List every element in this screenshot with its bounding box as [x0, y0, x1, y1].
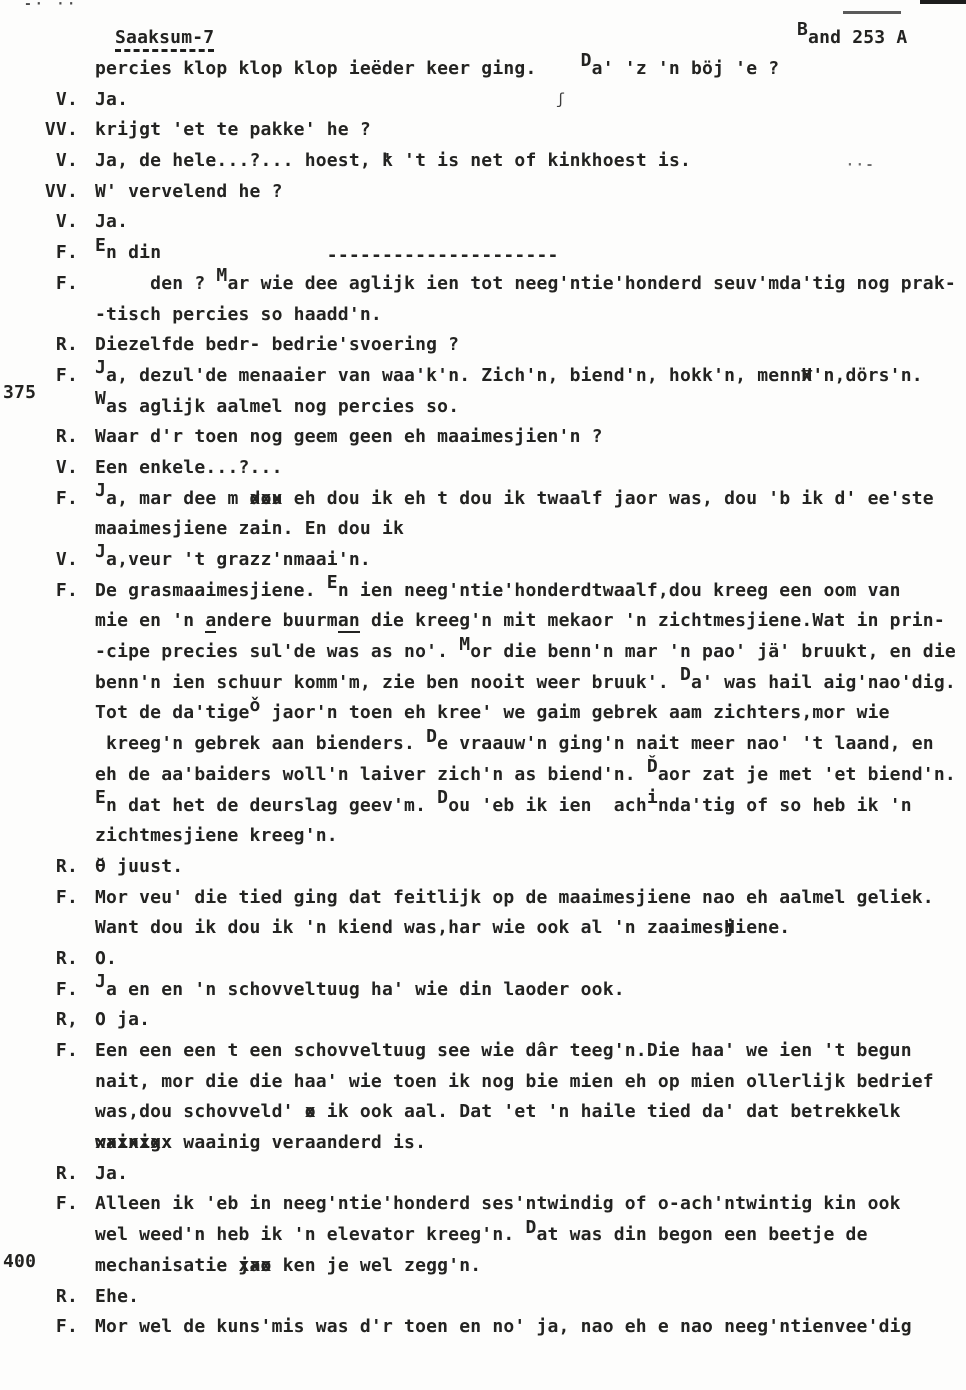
- speaker-label: F.: [30, 580, 78, 601]
- text-segment: ǒ: [250, 695, 261, 716]
- text-segment: E: [327, 572, 338, 593]
- line-text: Ja, mar dee m dou eh dou ik eh t dou ik …: [95, 488, 934, 509]
- transcript-line: -cipe precies sul'de was as no'. Mor die…: [0, 641, 966, 672]
- text-segment: 't is net of kinkhoest is.: [393, 150, 691, 171]
- text-segment: Ja.: [95, 1163, 128, 1184]
- text-segment: n din: [106, 242, 327, 263]
- transcript-line: F.Mor veu' die tied ging dat feitlijk op…: [0, 887, 966, 918]
- text-segment: D: [525, 1217, 536, 1238]
- line-text: Een een een t een schovveltuug see wie d…: [95, 1040, 912, 1061]
- transcript-line: kreeg'n gebrek aan bienders. De vraauw'n…: [0, 733, 966, 764]
- speaker-label: F.: [30, 365, 78, 386]
- text-segment: B: [797, 19, 808, 40]
- margin-number: 400: [3, 1251, 36, 1272]
- transcript-line: R.Diezelfde bedr- bedrie'svoering ?: [0, 334, 966, 365]
- speaker-label: F.: [30, 887, 78, 908]
- text-segment: θ: [95, 856, 106, 877]
- speaker-label: VV.: [30, 119, 78, 140]
- scan-artifact: -· ··: [24, 0, 78, 12]
- line-text: zichtmesjiene kreeg'n.: [95, 825, 338, 846]
- text-segment: Ehe.: [95, 1286, 139, 1307]
- speaker-label: R.: [30, 1163, 78, 1184]
- line-text: nait, mor die die haa' wie toen ik nog b…: [95, 1071, 934, 1092]
- speaker-label: F.: [30, 1193, 78, 1214]
- text-segment: De grasmaaimesjiene.: [95, 580, 327, 601]
- line-text: O.: [95, 948, 117, 969]
- text-segment: Diezelfde bedr- bedrie'svoering ?: [95, 334, 459, 355]
- text-segment: an: [338, 610, 360, 633]
- speaker-label: V.: [30, 211, 78, 232]
- text-segment: ou 'eb ik ien ach: [448, 795, 647, 816]
- text-segment: ---------------------: [327, 245, 559, 266]
- transcript-line: F.Ja, dezul'de menaaier van waa'k'n. Zic…: [0, 365, 966, 396]
- transcript-line: F. den ? Mar wie dee aglijk ien tot neeg…: [0, 273, 966, 304]
- line-text: maaimesjiene zain. En dou ik: [95, 518, 404, 539]
- text-segment: o: [305, 1101, 316, 1122]
- transcript-line: VV.W' vervelend he ?: [0, 181, 966, 212]
- speaker-label: V.: [30, 549, 78, 570]
- transcript-line: V.Ja.: [0, 211, 966, 242]
- transcript-line: VV.krijgt 'et te pakke' he ?: [0, 119, 966, 150]
- transcript-line: V.Een enkele...?...: [0, 457, 966, 488]
- text-segment: W: [95, 388, 106, 409]
- text-segment: as aglijk aalmel nog percies so.: [106, 396, 459, 417]
- text-segment: J: [95, 480, 106, 501]
- line-text: krijgt 'et te pakke' he ?: [95, 119, 371, 140]
- text-segment: at was din begon een beetje de: [537, 1224, 868, 1245]
- text-segment: waainig veraanderd is.: [172, 1132, 426, 1153]
- text-segment: Want dou ik dou ik 'n kiend was,har wie …: [95, 917, 724, 938]
- line-text: Ja, de hele...?... hoest, k 't is net of…: [95, 150, 691, 171]
- text-segment: or die benn'n mar 'n pao' jä' bruukt, en…: [470, 641, 956, 662]
- line-text: O ja.: [95, 1009, 150, 1030]
- text-segment: n dat het de deurslag geev'm.: [106, 795, 437, 816]
- text-segment: x: [801, 365, 812, 386]
- line-text: Ja, dezul'de menaaier van waa'k'n. Zich'…: [95, 365, 923, 386]
- text-segment: Ja.: [95, 211, 128, 232]
- text-segment: mie en 'n: [95, 610, 205, 631]
- text-segment: Ja.: [95, 89, 128, 110]
- transcript-line: F.Ja, mar dee m dou eh dou ik eh t dou i…: [0, 488, 966, 519]
- text-segment: ken je wel zegg'n.: [272, 1255, 482, 1276]
- speaker-label: R.: [30, 426, 78, 447]
- transcript-line: nait, mor die die haa' wie toen ik nog b…: [0, 1071, 966, 1102]
- line-text: W' vervelend he ?: [95, 181, 283, 202]
- speaker-label: F.: [30, 1316, 78, 1337]
- text-segment: iene.: [735, 917, 790, 938]
- transcript-line: F.En din ---------------------: [0, 242, 966, 273]
- text-segment: dou: [250, 488, 283, 509]
- text-segment: Mor wel de kuns'mis was d'r toen en no' …: [95, 1316, 912, 1337]
- text-segment: J: [95, 541, 106, 562]
- transcript-line: R.Waar d'r toen nog geem geen eh maaimes…: [0, 426, 966, 457]
- band-label: Band 253 A: [797, 27, 907, 48]
- text-segment: nda'tig of so heb ik 'n: [658, 795, 912, 816]
- text-segment: Een enkele...?...: [95, 457, 283, 478]
- scan-artifact: [843, 11, 901, 14]
- transcript-line: V.Ja,veur 't grazz'nmaai'n.: [0, 549, 966, 580]
- text-segment: Ď: [647, 756, 658, 777]
- text-segment: a en en 'n schovveltuug ha' wie din laod…: [106, 979, 625, 1000]
- text-segment: J: [95, 357, 106, 378]
- transcript-line: maaimesjiene zain. En dou ik: [0, 518, 966, 549]
- transcript-line: En dat het de deurslag geev'm. Dou 'eb i…: [0, 795, 966, 826]
- text-segment: i: [647, 787, 658, 808]
- line-text: mechanisatie jao ken je wel zegg'n.: [95, 1255, 481, 1276]
- line-text: -tisch percies so haadd'n.: [95, 304, 382, 325]
- text-segment: E: [95, 235, 106, 256]
- line-text: θ juust.: [95, 856, 183, 877]
- transcript-line: 375Was aglijk aalmel nog percies so.: [0, 396, 966, 427]
- text-segment: k: [382, 150, 393, 171]
- text-segment: ndere buurm: [216, 610, 337, 631]
- speaker-label: F.: [30, 273, 78, 294]
- text-segment: die kreeg'n mit mekaor 'n zichtmesjiene.…: [360, 610, 945, 631]
- text-segment: Ja, de hele...?... hoest,: [95, 150, 382, 171]
- transcript-line: F.Ja en en 'n schovveltuug ha' wie din l…: [0, 979, 966, 1010]
- transcript-line: was,dou schovveld' o ik ook aal. Dat 'et…: [0, 1101, 966, 1132]
- text-segment: juust.: [106, 856, 183, 877]
- transcript-lines: percies klop klop klop ieëder keer ging.…: [0, 58, 966, 1347]
- line-text: Want dou ik dou ik 'n kiend was,har wie …: [95, 917, 790, 938]
- page-title: Saaksum-7: [115, 27, 214, 52]
- speaker-label: F.: [30, 488, 78, 509]
- text-segment: a' was hail aig'nao'dig.: [691, 672, 956, 693]
- text-segment: Tot de da'tige: [95, 702, 250, 723]
- speaker-label: F.: [30, 242, 78, 263]
- text-segment: Mor veu' die tied ging dat feitlijk op d…: [95, 887, 934, 908]
- text-segment: benn'n ien schuur komm'm, zie ben nooit …: [95, 672, 680, 693]
- transcript-line: zichtmesjiene kreeg'n.: [0, 825, 966, 856]
- text-segment: D: [581, 50, 592, 71]
- text-segment: and 253 A: [808, 27, 907, 48]
- text-segment: a: [205, 610, 216, 633]
- text-segment: wel weed'n heb ik 'n elevator kreeg'n.: [95, 1224, 525, 1245]
- transcript-line: V.Ja, de hele...?... hoest, k 't is net …: [0, 150, 966, 181]
- transcript-line: wel weed'n heb ik 'n elevator kreeg'n. D…: [0, 1224, 966, 1255]
- scanned-transcript-page: -· ·· ··- ʃ Saaksum-7 Band 253 A percies…: [0, 0, 966, 1390]
- speaker-label: V.: [30, 457, 78, 478]
- text-segment: M: [459, 634, 470, 655]
- text-segment: Een een een t een schovveltuug see wie d…: [95, 1040, 912, 1061]
- transcript-line: R,O ja.: [0, 1009, 966, 1040]
- transcript-line: F.Alleen ik 'eb in neeg'ntie'honderd ses…: [0, 1193, 966, 1224]
- text-segment: a' 'z 'n böj 'e ?: [592, 58, 780, 79]
- text-segment: aor zat je met 'et biend'n.: [658, 764, 956, 785]
- text-segment: eh dou ik eh t dou ik twaalf jaor was, d…: [283, 488, 934, 509]
- transcript-line: R.θ juust.: [0, 856, 966, 887]
- line-text: Ja.: [95, 1163, 128, 1184]
- line-text: Ja.: [95, 211, 128, 232]
- text-segment: den ?: [95, 273, 216, 294]
- line-text: Een enkele...?...: [95, 457, 283, 478]
- text-segment: D: [437, 787, 448, 808]
- text-segment: wainigx: [95, 1132, 172, 1153]
- transcript-line: benn'n ien schuur komm'm, zie ben nooit …: [0, 672, 966, 703]
- text-segment: Alleen ik 'eb in neeg'ntie'honderd ses'n…: [95, 1193, 901, 1214]
- text-segment: a,veur 't grazz'nmaai'n.: [106, 549, 371, 570]
- transcript-line: R.Ehe.: [0, 1286, 966, 1317]
- line-text: Mor wel de kuns'mis was d'r toen en no' …: [95, 1316, 912, 1337]
- speaker-label: V.: [30, 150, 78, 171]
- text-segment: W' vervelend he ?: [95, 181, 283, 202]
- speaker-label: V.: [30, 89, 78, 110]
- text-segment: M: [216, 265, 227, 286]
- transcript-line: F.De grasmaaimesjiene. En ien neeg'ntie'…: [0, 580, 966, 611]
- speaker-label: R.: [30, 948, 78, 969]
- transcript-line: percies klop klop klop ieëder keer ging.…: [0, 58, 966, 89]
- transcript-line: F.Een een een t een schovveltuug see wie…: [0, 1040, 966, 1071]
- text-segment: nait, mor die die haa' wie toen ik nog b…: [95, 1071, 934, 1092]
- text-segment: E: [95, 787, 106, 808]
- text-segment: a, dezul'de menaaier van waa'k'n. Zich'n…: [106, 365, 801, 386]
- text-segment: was,dou schovveld': [95, 1101, 305, 1122]
- transcript-line: wainigx waainig veraanderd is.: [0, 1132, 966, 1163]
- transcript-line: F.Mor wel de kuns'mis was d'r toen en no…: [0, 1316, 966, 1347]
- text-segment: percies klop klop klop ieëder keer ging.: [95, 58, 581, 79]
- text-segment: n ien neeg'ntie'honderdtwaalf,dou kreeg …: [338, 580, 901, 601]
- text-segment: J: [95, 971, 106, 992]
- line-text: was,dou schovveld' o ik ook aal. Dat 'et…: [95, 1101, 901, 1122]
- speaker-label: F.: [30, 1040, 78, 1061]
- text-segment: a, mar dee m: [106, 488, 249, 509]
- page-header: Saaksum-7 Band 253 A: [0, 27, 966, 58]
- transcript-line: Want dou ik dou ik 'n kiend was,har wie …: [0, 917, 966, 948]
- transcript-line: Tot de da'tigeǒ jaor'n toen eh kree' we …: [0, 702, 966, 733]
- line-text: Ehe.: [95, 1286, 139, 1307]
- text-segment: O ja.: [95, 1009, 150, 1030]
- speaker-label: F.: [30, 979, 78, 1000]
- scan-artifact: [920, 0, 966, 4]
- text-segment: D: [680, 664, 691, 685]
- text-segment: eh de aa'baiders woll'n laiver zich'n as…: [95, 764, 647, 785]
- text-segment: mechanisatie: [95, 1255, 238, 1276]
- text-segment: 'n,dörs'n.: [812, 365, 922, 386]
- text-segment: jaor'n toen eh kree' we gaim gebrek aam …: [261, 702, 890, 723]
- transcript-line: R.Ja.: [0, 1163, 966, 1194]
- line-text: Diezelfde bedr- bedrie'svoering ?: [95, 334, 459, 355]
- text-segment: e vraauw'n ging'n nait meer nao' 't laan…: [437, 733, 934, 754]
- line-text: mie en 'n andere buurman die kreeg'n mit…: [95, 610, 945, 633]
- transcript-line: eh de aa'baiders woll'n laiver zich'n as…: [0, 764, 966, 795]
- line-text: Mor veu' die tied ging dat feitlijk op d…: [95, 887, 934, 908]
- text-segment: maaimesjiene zain. En dou ik: [95, 518, 404, 539]
- speaker-label: R,: [30, 1009, 78, 1030]
- line-text: Waar d'r toen nog geem geen eh maaimesji…: [95, 426, 603, 447]
- speaker-label: VV.: [30, 181, 78, 202]
- transcript-line: R.O.: [0, 948, 966, 979]
- margin-number: 375: [3, 382, 36, 403]
- text-segment: kreeg'n gebrek aan bienders.: [95, 733, 426, 754]
- transcript-line: -tisch percies so haadd'n.: [0, 304, 966, 335]
- text-segment: krijgt 'et te pakke' he ?: [95, 119, 371, 140]
- text-segment: O.: [95, 948, 117, 969]
- line-text: Ja.: [95, 89, 128, 110]
- line-text: wainigx waainig veraanderd is.: [95, 1132, 426, 1153]
- line-text: Alleen ik 'eb in neeg'ntie'honderd ses'n…: [95, 1193, 901, 1214]
- text-segment: Waar d'r toen nog geem geen eh maaimesji…: [95, 426, 603, 447]
- text-segment: zichtmesjiene kreeg'n.: [95, 825, 338, 846]
- text-segment: ar wie dee aglijk ien tot neeg'ntie'hond…: [227, 273, 955, 294]
- text-segment: -cipe precies sul'de was as no'.: [95, 641, 459, 662]
- transcript-line: 400mechanisatie jao ken je wel zegg'n.: [0, 1255, 966, 1286]
- speaker-label: R.: [30, 1286, 78, 1307]
- transcript-line: V.Ja.: [0, 89, 966, 120]
- text-segment: -tisch percies so haadd'n.: [95, 304, 382, 325]
- text-segment: jao: [238, 1255, 271, 1276]
- text-segment: j: [724, 917, 735, 938]
- text-segment: D: [426, 726, 437, 747]
- speaker-label: R.: [30, 334, 78, 355]
- speaker-label: R.: [30, 856, 78, 877]
- transcript-line: mie en 'n andere buurman die kreeg'n mit…: [0, 610, 966, 641]
- text-segment: ik ook aal. Dat 'et 'n haile tied da' da…: [316, 1101, 901, 1122]
